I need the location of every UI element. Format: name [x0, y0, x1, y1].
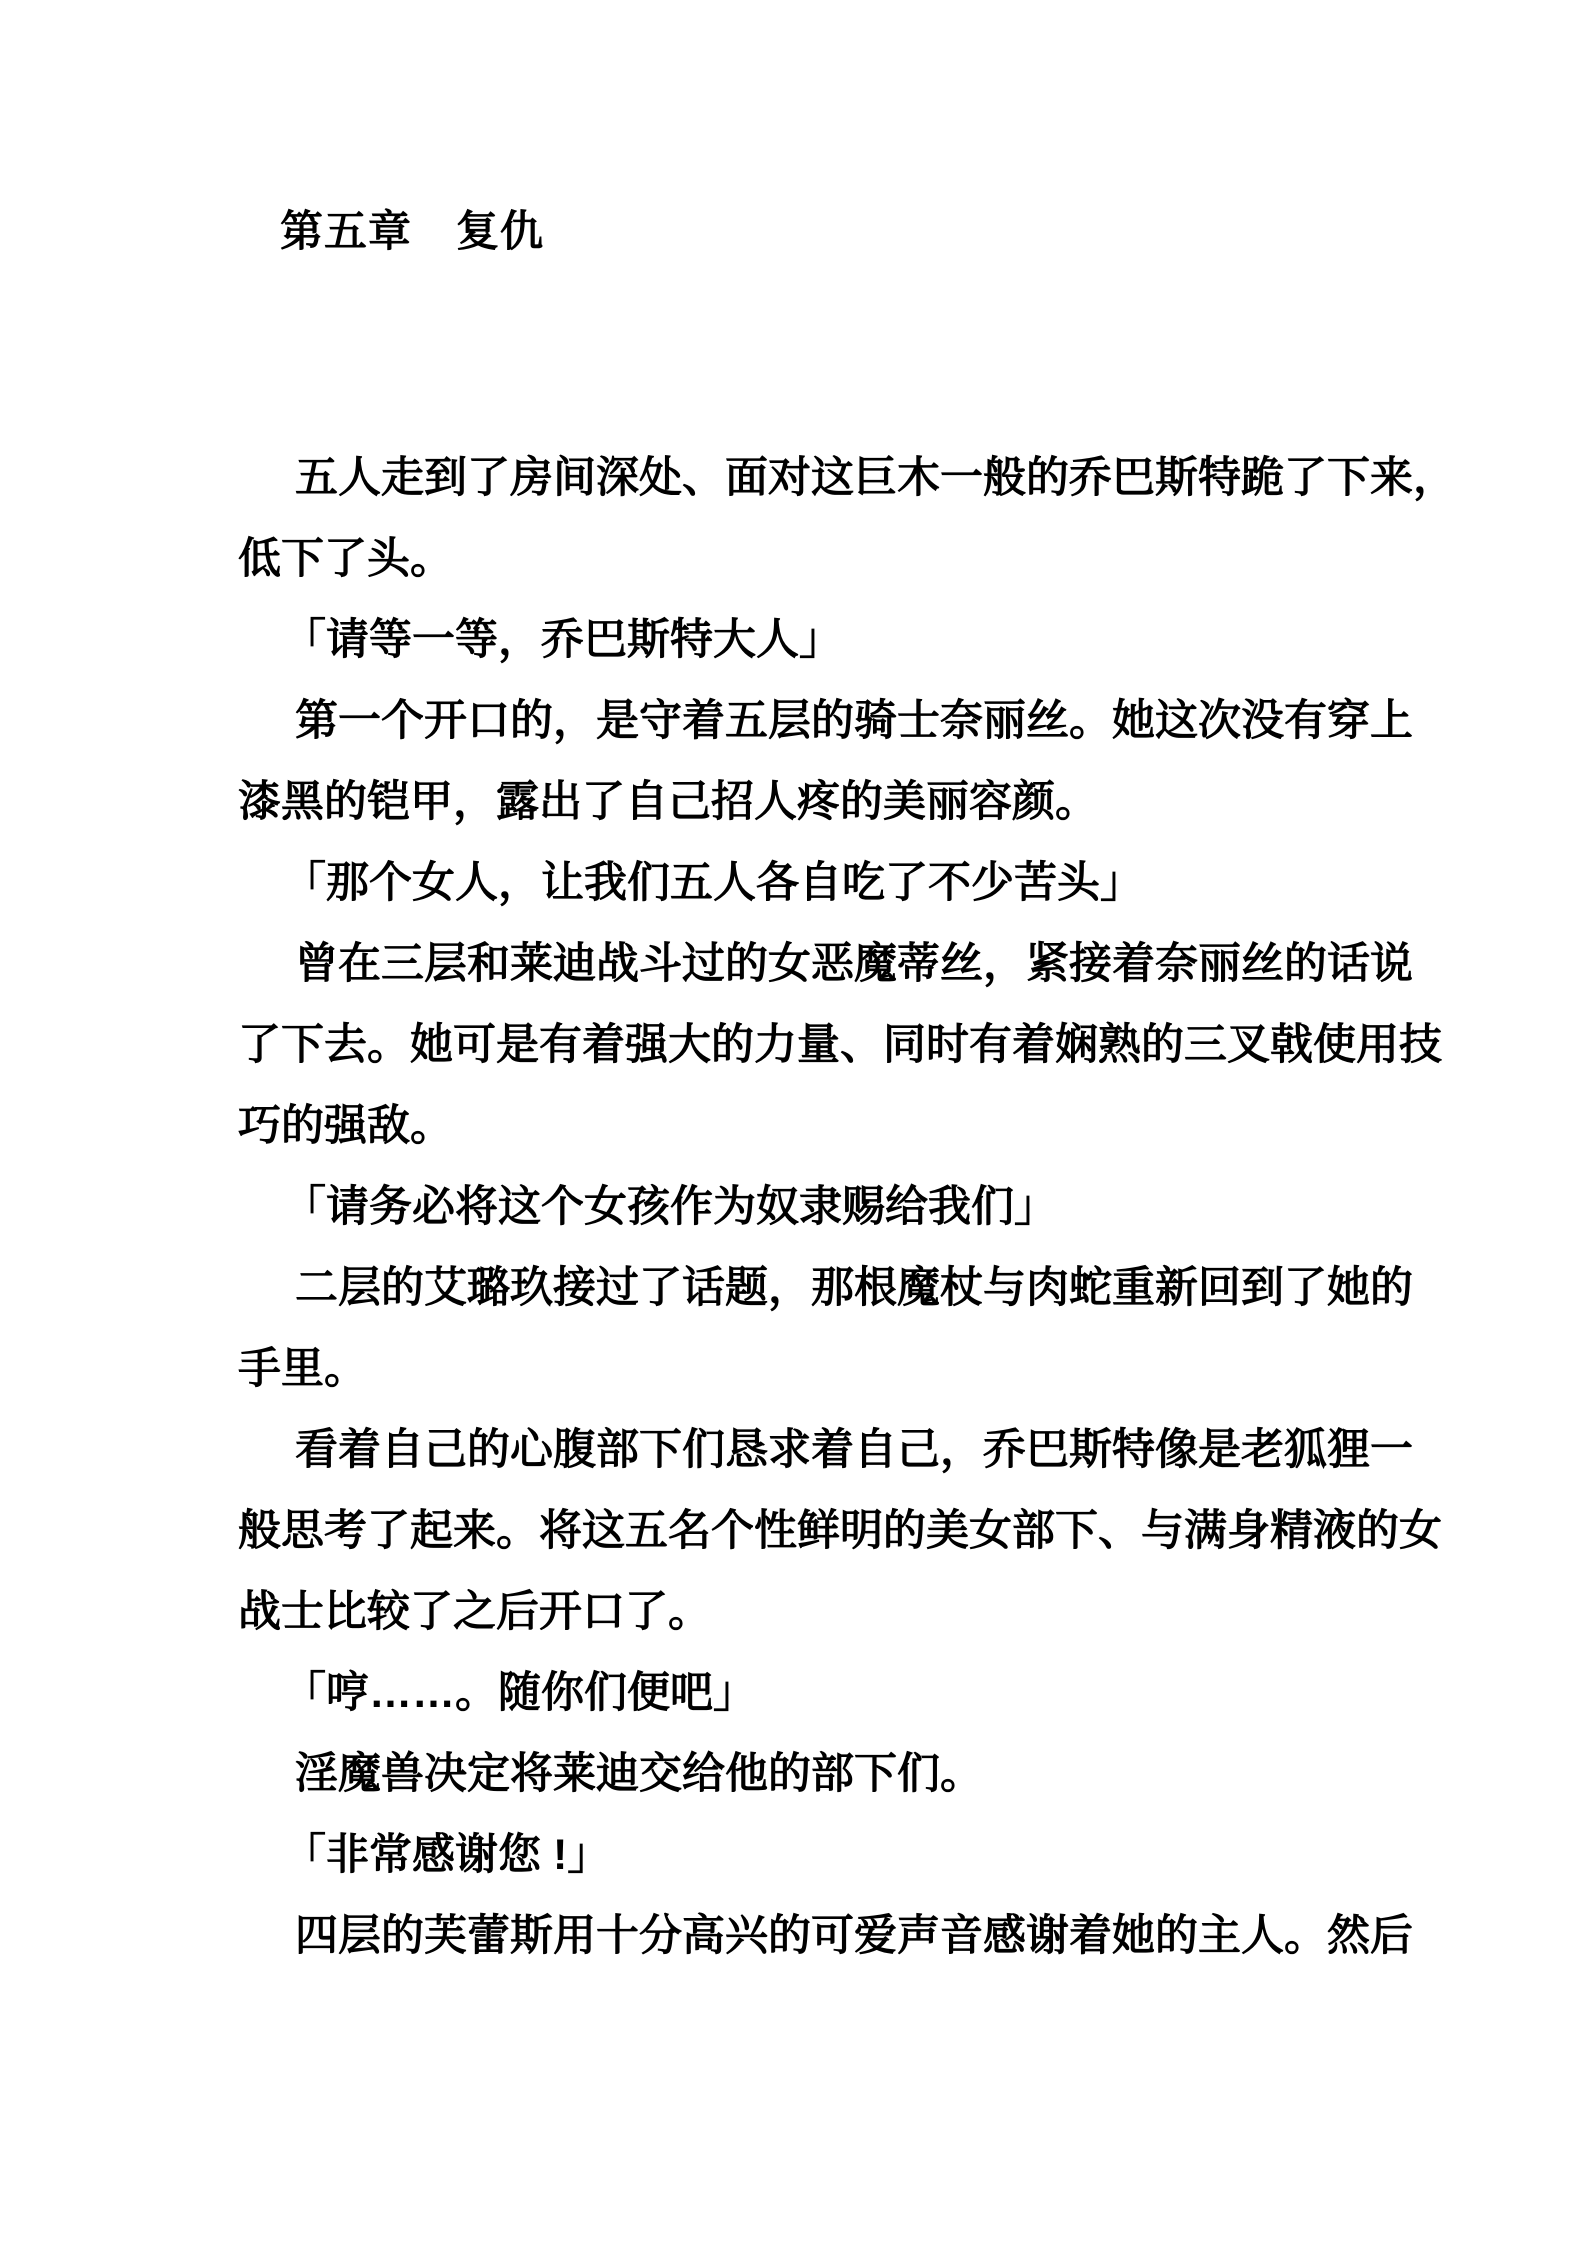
text-line: 低下了头。 [238, 519, 1438, 600]
text-line: 「那个女人，让我们五人各自吃了不少苦头」 [238, 843, 1438, 924]
text-line: 「非常感谢您 !」 [238, 1815, 1438, 1896]
text-line: 战士比较了之后开口了。 [238, 1572, 1438, 1653]
body-text: 五人走到了房间深处、面对这巨木一般的乔巴斯特跪了下来， 低下了头。 「请等一等，… [238, 438, 1438, 1977]
text-line: 手里。 [238, 1329, 1438, 1410]
text-line: 了下去。她可是有着强大的力量、同时有着娴熟的三叉戟使用技 [238, 1005, 1438, 1086]
text-line: 巧的强敌。 [238, 1086, 1438, 1167]
text-line: 四层的芙蕾斯用十分高兴的可爱声音感谢着她的主人。然后 [238, 1896, 1438, 1977]
text-line: 般思考了起来。将这五名个性鲜明的美女部下、与满身精液的女 [238, 1491, 1438, 1572]
text-line: 淫魔兽决定将莱迪交给他的部下们。 [238, 1734, 1438, 1815]
text-line: 漆黑的铠甲，露出了自己招人疼的美丽容颜。 [238, 762, 1438, 843]
text-line: 「请务必将这个女孩作为奴隶赐给我们」 [238, 1167, 1438, 1248]
text-line: 看着自己的心腹部下们恳求着自己，乔巴斯特像是老狐狸一 [238, 1410, 1438, 1491]
text-line: 「请等一等，乔巴斯特大人」 [238, 600, 1438, 681]
document-page: 第五章 复仇 五人走到了房间深处、面对这巨木一般的乔巴斯特跪了下来， 低下了头。… [0, 0, 1587, 2245]
text-line: 「哼……。随你们便吧」 [238, 1653, 1438, 1734]
text-line: 二层的艾璐玖接过了话题，那根魔杖与肉蛇重新回到了她的 [238, 1248, 1438, 1329]
text-line: 第一个开口的，是守着五层的骑士奈丽丝。她这次没有穿上 [238, 681, 1438, 762]
text-line: 曾在三层和莱迪战斗过的女恶魔蒂丝，紧接着奈丽丝的话说 [238, 924, 1438, 1005]
text-line: 五人走到了房间深处、面对这巨木一般的乔巴斯特跪了下来， [238, 438, 1438, 519]
chapter-title: 第五章 复仇 [280, 211, 544, 254]
